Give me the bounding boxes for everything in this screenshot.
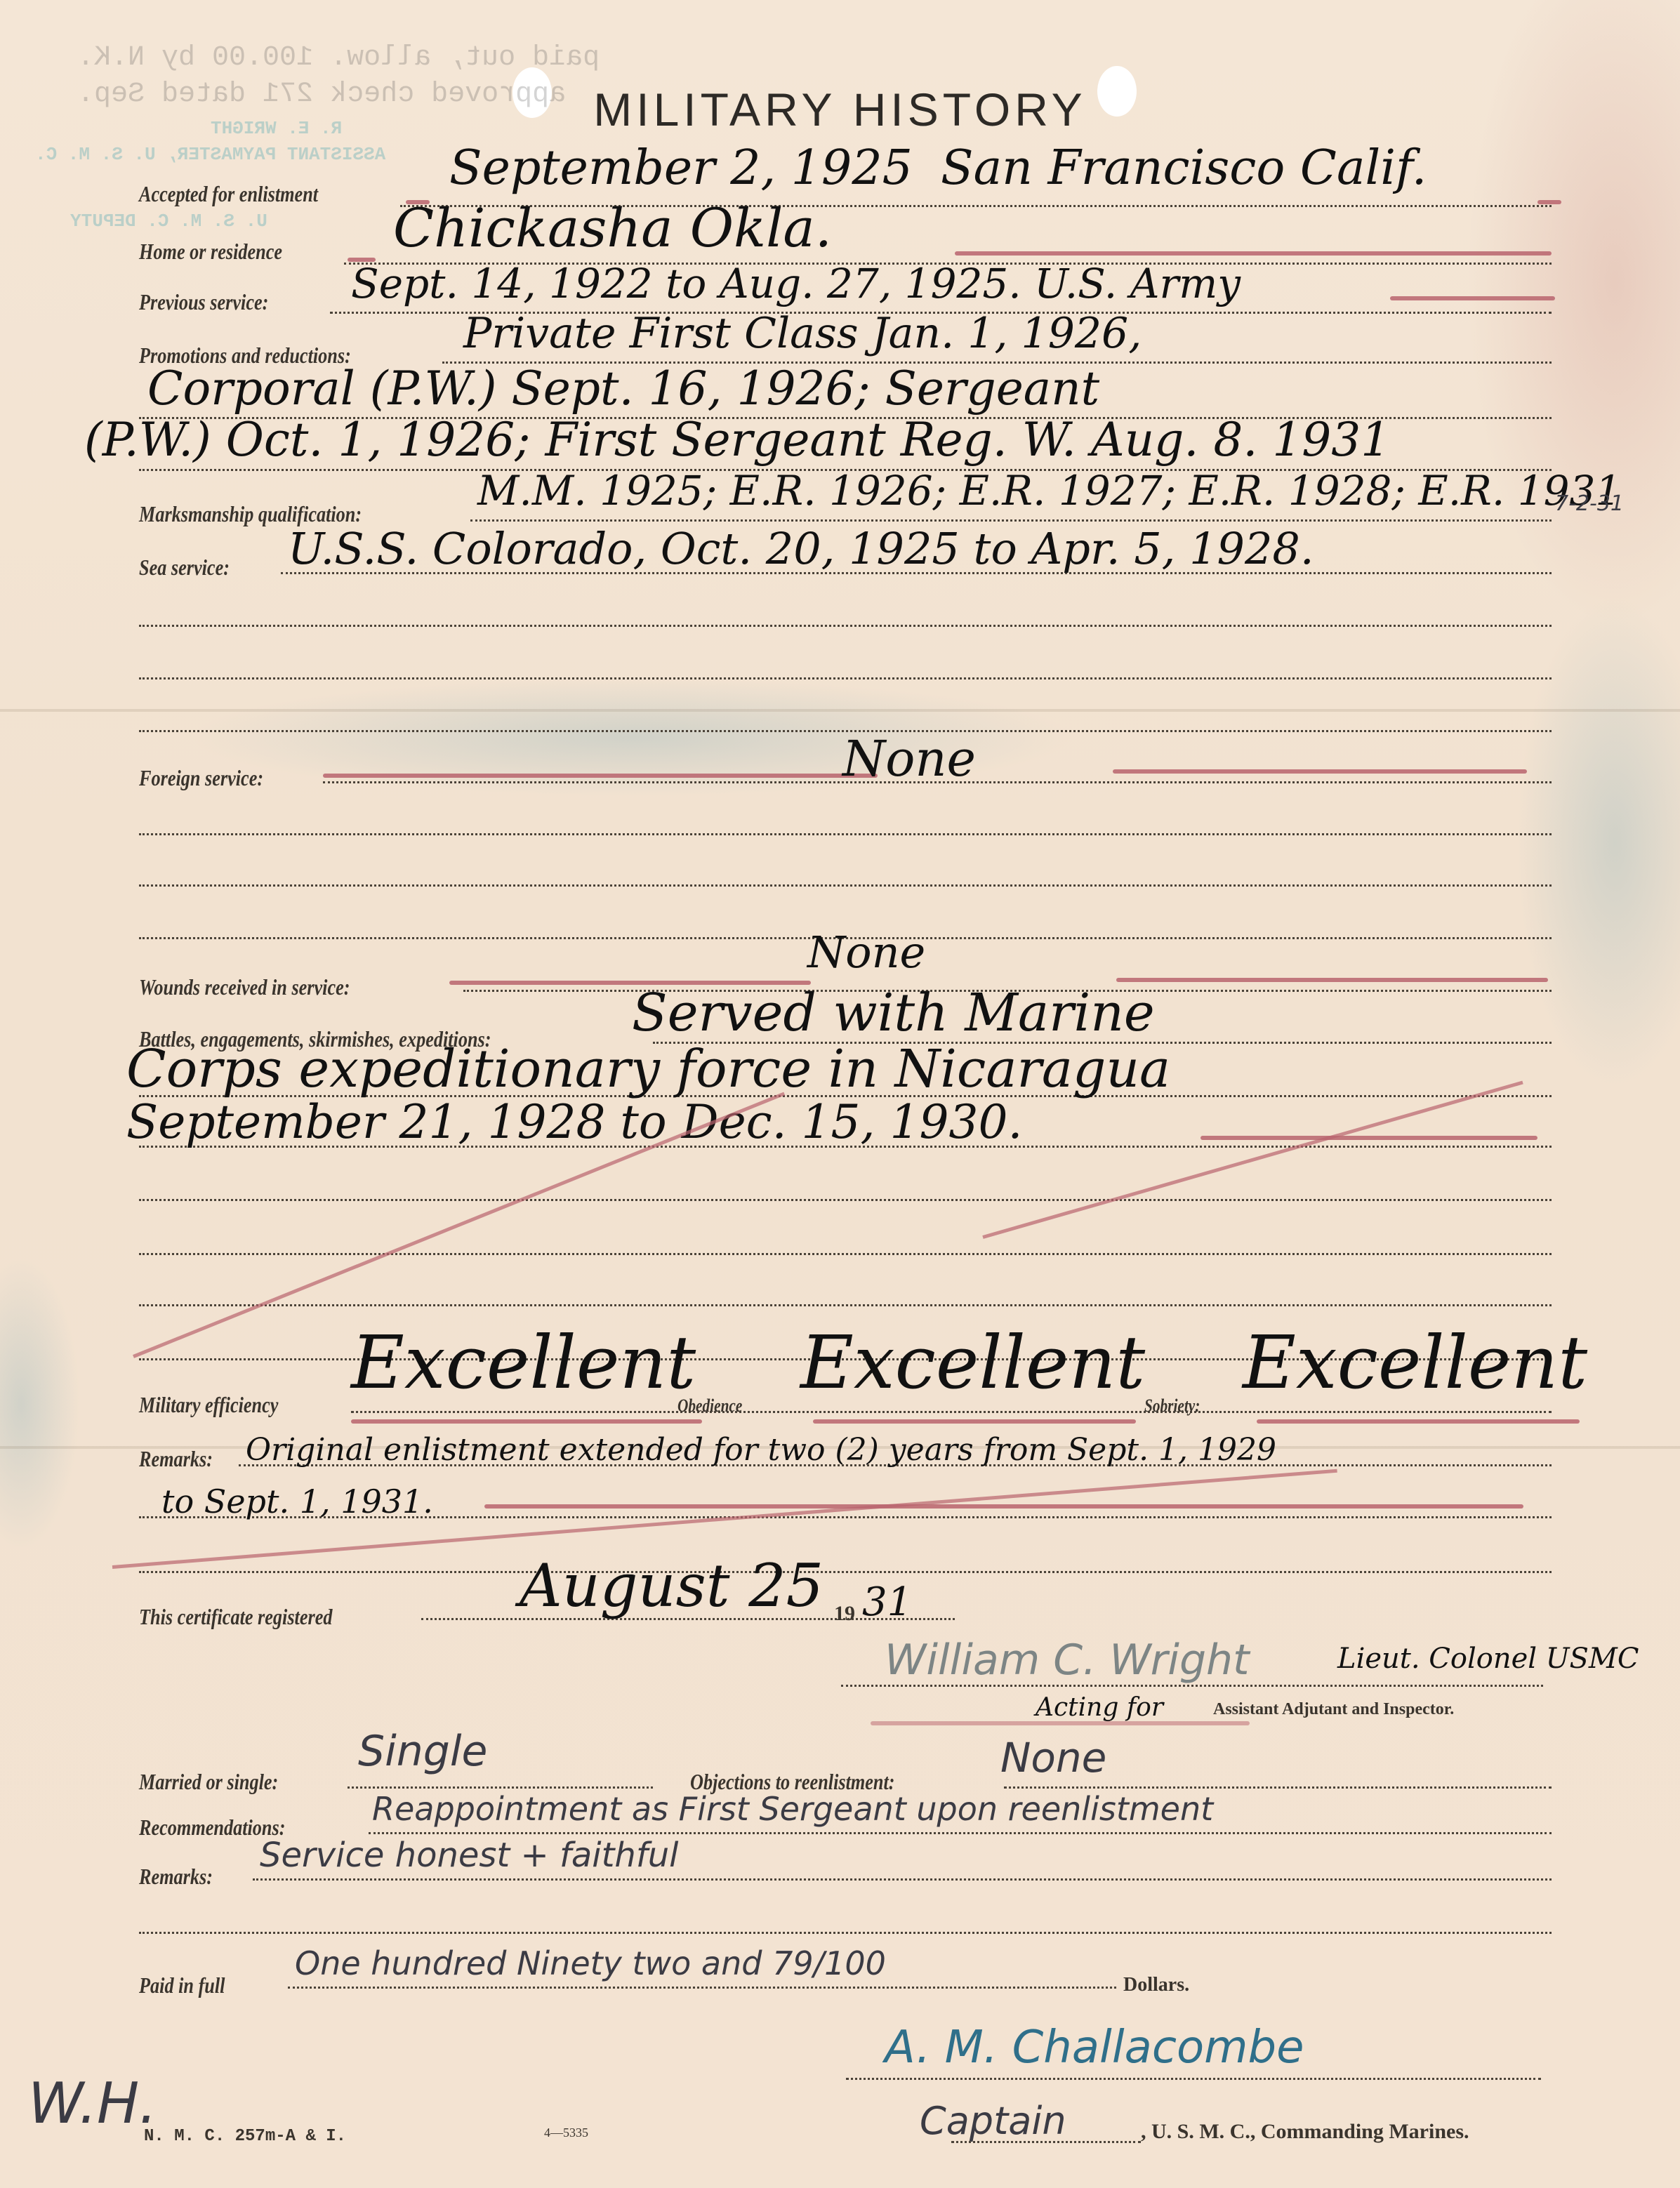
- red-strike: [484, 1504, 1523, 1509]
- value-military-efficiency: Excellent: [351, 1320, 696, 1405]
- label-dollars: Dollars.: [1123, 1974, 1189, 1996]
- label-sobriety: Sobriety:: [1144, 1395, 1200, 1417]
- paper-fold: [0, 709, 1680, 712]
- label-foreign-service: Foreign service:: [139, 765, 263, 791]
- value-enlistment-date: September 2, 1925: [449, 140, 913, 196]
- label-commanding-marines: , U. S. M. C., Commanding Marines.: [1141, 2120, 1469, 2144]
- field-line: [348, 1786, 653, 1789]
- commanding-signature: A. M. Challacombe: [885, 2022, 1304, 2074]
- value-previous-service: Sept. 14, 1922 to Aug. 27, 1925. U.S. Ar…: [351, 260, 1241, 307]
- value-enlistment-place: San Francisco Calif.: [941, 140, 1427, 196]
- label-certificate-registered: This certificate registered: [139, 1604, 332, 1630]
- inspector-signature: William C. Wright: [885, 1636, 1250, 1685]
- label-married-or-single: Married or single:: [139, 1769, 278, 1795]
- inspector-acting-for: Acting for: [1036, 1693, 1163, 1722]
- red-diagonal-strike: [982, 1081, 1523, 1239]
- field-line: [139, 1253, 1552, 1255]
- value-foreign-service: None: [842, 730, 976, 788]
- red-strike: [1201, 1136, 1537, 1140]
- red-underline: [351, 1419, 702, 1424]
- label-paid-in-full: Paid in full: [139, 1972, 225, 1998]
- field-line: [139, 1199, 1552, 1201]
- field-line: [1004, 1786, 1552, 1789]
- label-previous-service: Previous service:: [139, 289, 268, 315]
- field-line: [139, 1571, 1552, 1573]
- field-line: [253, 1878, 1552, 1881]
- bleed-through-stamp: ASSISTANT PAYMASTER, U. S. M. C.: [35, 144, 385, 165]
- value-marksmanship: M.M. 1925; E.R. 1926; E.R. 1927; E.R. 19…: [477, 467, 1621, 515]
- value-remarks-2: Service honest + faithful: [260, 1836, 679, 1875]
- value-objections: None: [1000, 1734, 1106, 1782]
- field-line: [139, 625, 1552, 627]
- label-home-or-residence: Home or residence: [139, 239, 282, 265]
- label-sea-service: Sea service:: [139, 555, 230, 581]
- initials-mark: W.H.: [28, 2071, 157, 2136]
- field-line: [369, 1832, 1552, 1834]
- value-remarks-line: Original enlistment extended for two (2)…: [246, 1432, 1276, 1468]
- commanding-rank: Captain: [920, 2099, 1066, 2143]
- bleed-through-stamp: U. S. M. C. DEPUTY: [70, 211, 267, 232]
- value-married-or-single: Single: [358, 1727, 487, 1776]
- label-wounds: Wounds received in service:: [139, 974, 350, 1000]
- value-paid-in-full: One hundred Ninety two and 79/100: [295, 1944, 886, 1982]
- value-sobriety: Excellent: [1243, 1320, 1587, 1405]
- page-title: MILITARY HISTORY: [0, 83, 1680, 136]
- value-home: Chickasha Okla.: [393, 197, 832, 259]
- label-military-efficiency: Military efficiency: [139, 1392, 278, 1418]
- label-remarks-2: Remarks:: [139, 1864, 213, 1890]
- form-number: N. M. C. 257m-A & I.: [144, 2127, 346, 2146]
- label-remarks: Remarks:: [139, 1446, 213, 1472]
- value-obedience: Excellent: [800, 1320, 1145, 1405]
- field-line: [139, 677, 1552, 679]
- red-mark: [871, 1721, 1250, 1725]
- bleed-through-text: paid out, allow. 100.00 by N.K.: [77, 42, 600, 74]
- value-sea-service: U.S.S. Colorado, Oct. 20, 1925 to Apr. 5…: [288, 523, 1314, 574]
- field-line: [139, 1932, 1552, 1934]
- field-line: [288, 1987, 1116, 1989]
- label-year-prefix: 19: [834, 1602, 855, 1626]
- value-recommendations: Reappointment as First Sergeant upon ree…: [372, 1790, 1213, 1828]
- red-underline: [1257, 1419, 1580, 1424]
- signature-line: [846, 2078, 1541, 2080]
- label-obedience: Obedience: [677, 1395, 742, 1417]
- field-line: [139, 833, 1552, 835]
- value-promotion-line: Corporal (P.W.) Sept. 16, 1926; Sergeant: [147, 362, 1099, 416]
- signature-line: [841, 1685, 1543, 1687]
- red-strike: [955, 251, 1552, 256]
- label-accepted-for-enlistment: Accepted for enlistment: [139, 181, 318, 207]
- value-battles-line: September 21, 1928 to Dec. 15, 1930.: [126, 1095, 1022, 1149]
- field-line: [351, 1411, 1552, 1413]
- field-line: [951, 2141, 1141, 2143]
- value-battles-line: Served with Marine: [632, 983, 1155, 1043]
- value-certificate-date: August 25: [520, 1551, 824, 1620]
- value-certificate-year: 31: [862, 1579, 912, 1625]
- red-strike: [323, 774, 878, 778]
- value-marksmanship-note: 7-2-31: [1555, 491, 1624, 516]
- red-strike: [1116, 978, 1548, 982]
- document-page: paid out, allow. 100.00 by N.K. approved…: [0, 0, 1680, 2188]
- red-mark: [1537, 200, 1561, 204]
- value-remarks-line: to Sept. 1, 1931.: [161, 1483, 433, 1520]
- red-strike: [1113, 769, 1527, 774]
- value-promotion-line: (P.W.) Oct. 1, 1926; First Sergeant Reg.…: [84, 413, 1390, 467]
- field-line: [470, 519, 1552, 522]
- label-assistant-adjutant: Assistant Adjutant and Inspector.: [1213, 1700, 1454, 1719]
- print-code: 4—5335: [544, 2126, 588, 2140]
- red-underline: [813, 1419, 1136, 1424]
- value-wounds: None: [807, 927, 925, 978]
- inspector-rank: Lieut. Colonel USMC: [1337, 1643, 1639, 1675]
- value-promotion-line: Private First Class Jan. 1, 1926,: [463, 309, 1142, 358]
- red-strike: [1390, 296, 1555, 300]
- value-battles-line: Corps expeditionary force in Nicaragua: [126, 1039, 1170, 1099]
- field-line: [139, 1304, 1552, 1306]
- field-line: [139, 884, 1552, 887]
